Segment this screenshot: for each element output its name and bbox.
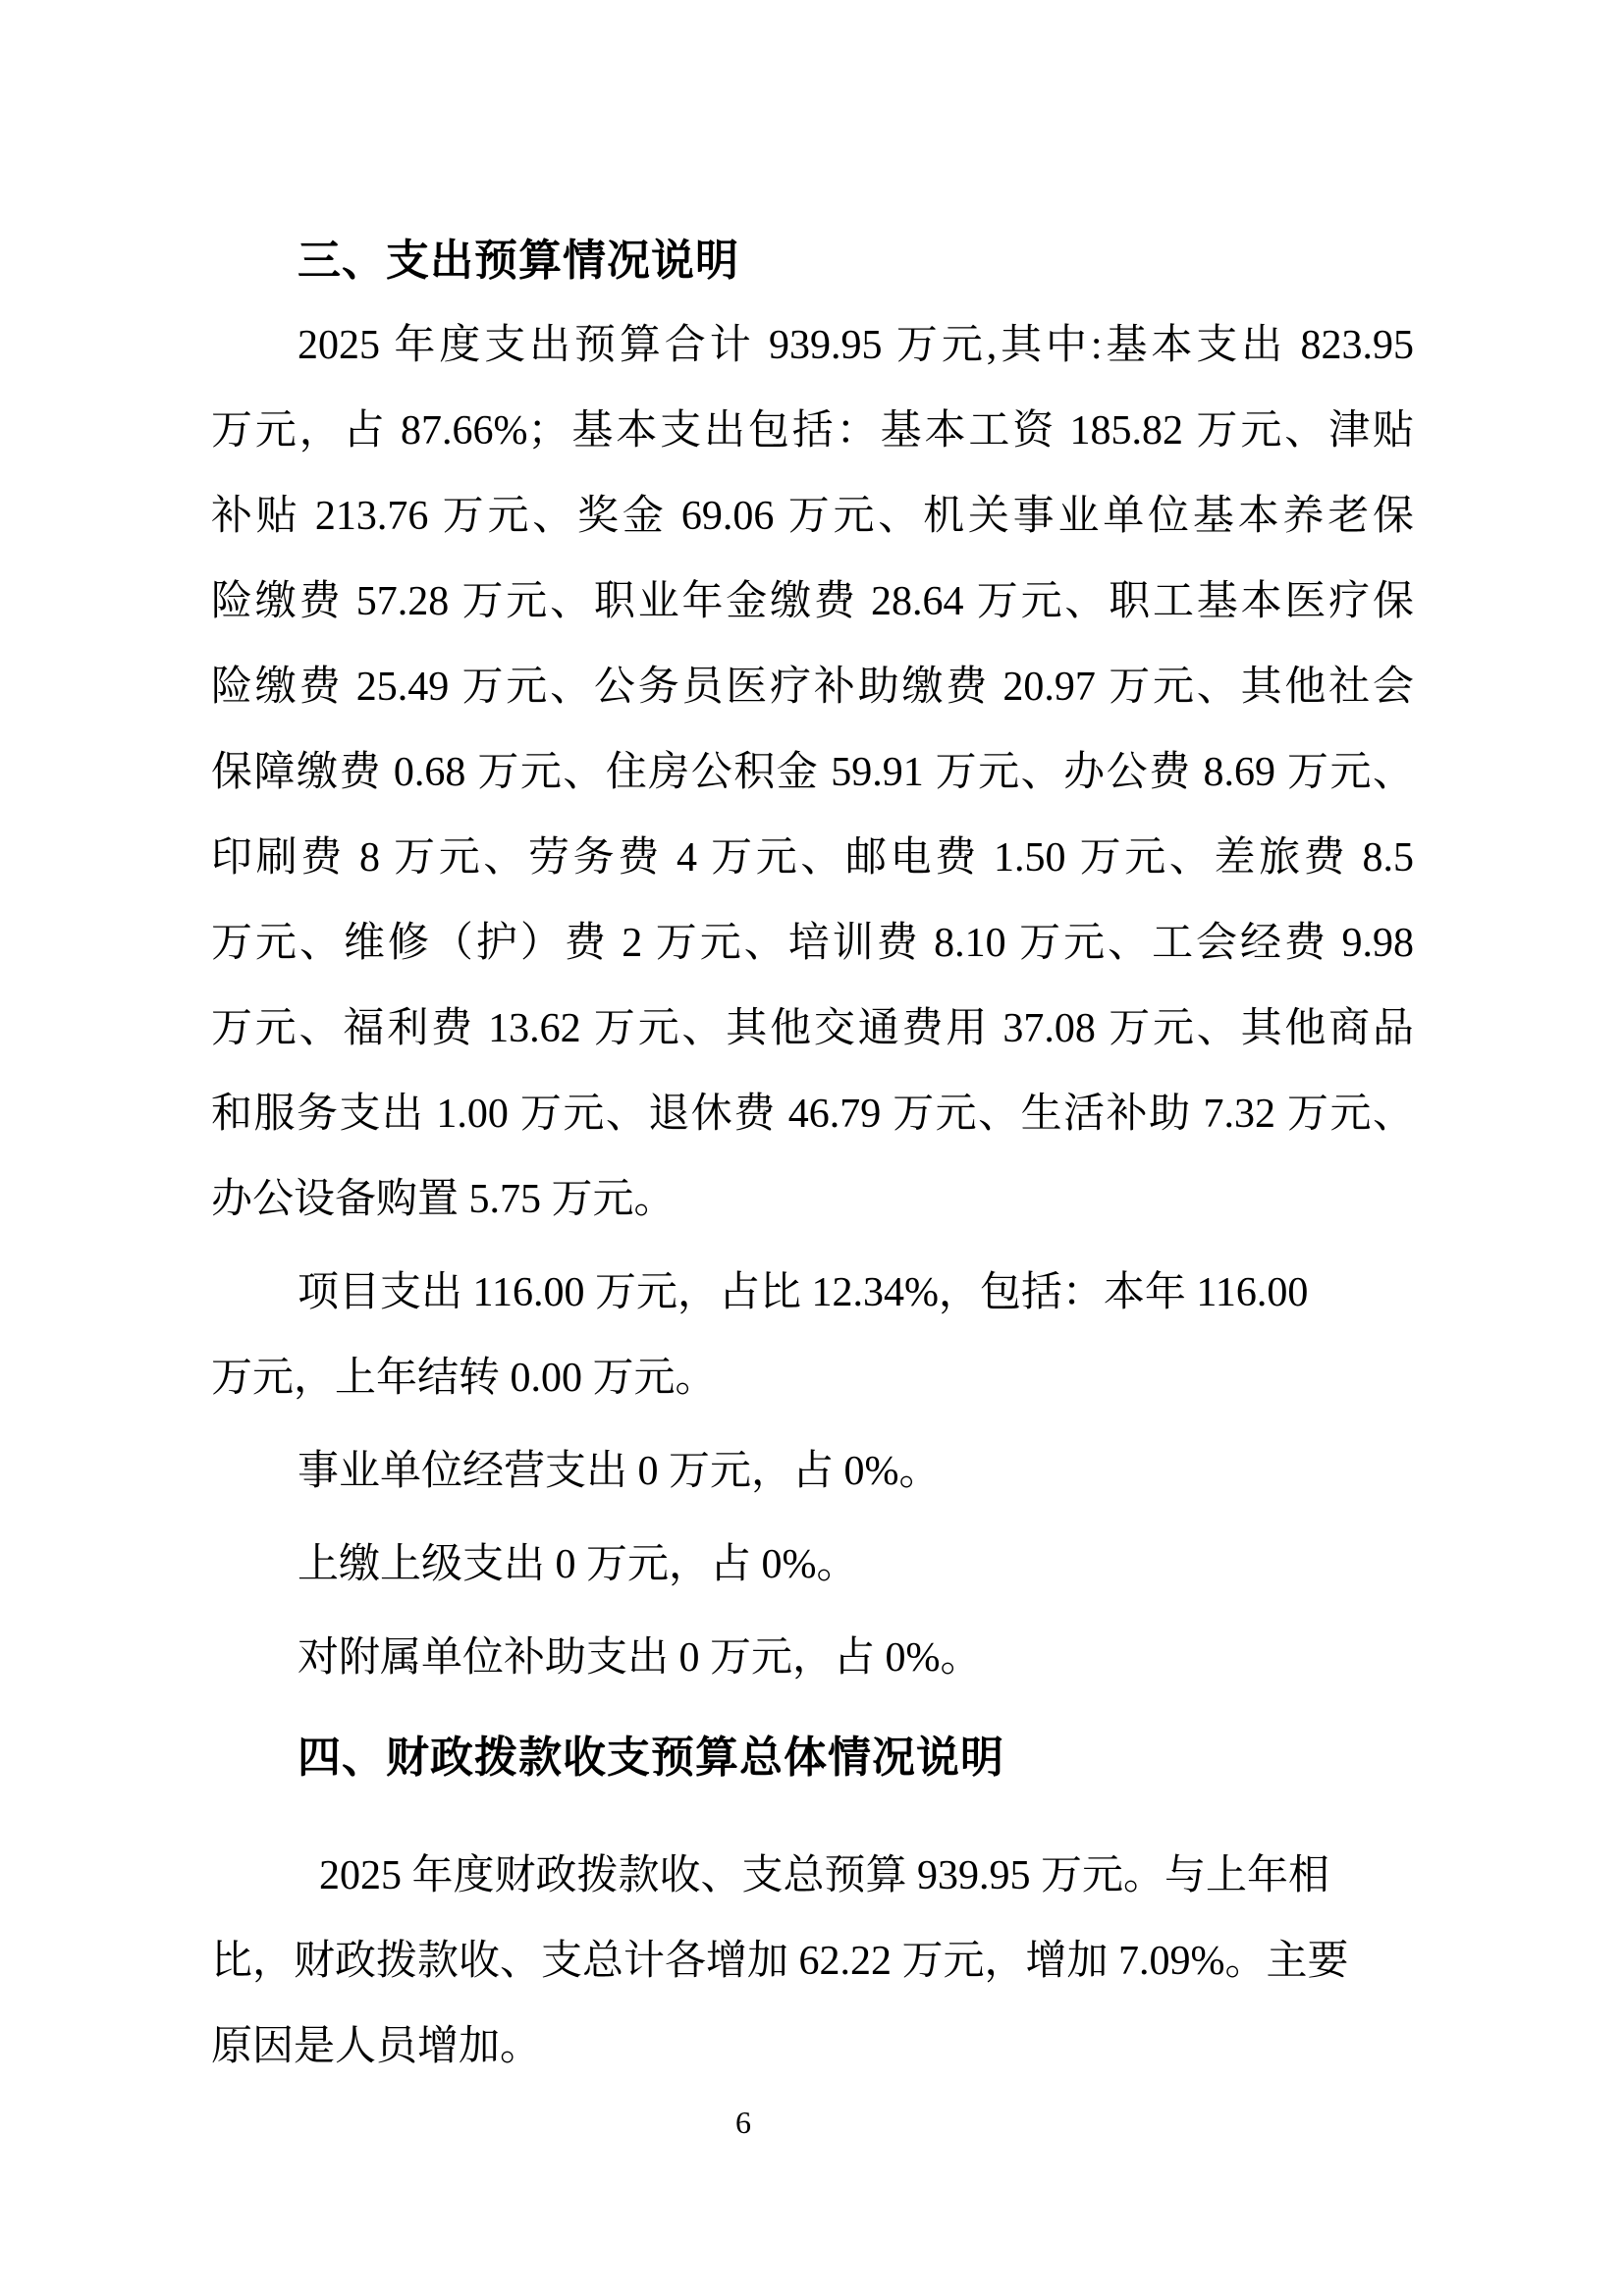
text-line: 万元、维修（护）费 2 万元、培训费 8.10 万元、工会经费 9.98 <box>211 901 1414 987</box>
text-line: 万元，占 87.66%；基本支出包括：基本工资 185.82 万元、津贴 <box>211 389 1414 474</box>
section3-heading: 三、支出预算情况说明 <box>211 218 1414 303</box>
text-line: 上缴上级支出 0 万元，占 0%。 <box>211 1522 1414 1608</box>
text-line: 原因是人员增加。 <box>211 2004 1414 2090</box>
section4-heading: 四、财政拨款收支预算总体情况说明 <box>211 1715 1414 1800</box>
page-number: 6 <box>735 2103 751 2142</box>
text-line: 和服务支出 1.00 万元、退休费 46.79 万元、生活补助 7.32 万元、 <box>211 1072 1414 1157</box>
text-line: 2025 年度支出预算合计 939.95 万元,其中:基本支出 823.95 <box>211 303 1414 389</box>
text-line: 补贴 213.76 万元、奖金 69.06 万元、机关事业单位基本养老保 <box>211 474 1414 560</box>
text-line: 印刷费 8 万元、劳务费 4 万元、邮电费 1.50 万元、差旅费 8.5 <box>211 816 1414 901</box>
document-page: 三、支出预算情况说明 2025 年度支出预算合计 939.95 万元,其中:基本… <box>0 0 1624 2296</box>
text-line: 项目支出 116.00 万元，占比 12.34%，包括：本年 116.00 <box>211 1251 1414 1336</box>
section3-paragraph-subsidiary-expense: 对附属单位补助支出 0 万元，占 0%。 <box>211 1616 1414 1701</box>
text-line: 万元、福利费 13.62 万元、其他交通费用 37.08 万元、其他商品 <box>211 987 1414 1072</box>
text-line: 保障缴费 0.68 万元、住房公积金 59.91 万元、办公费 8.69 万元、 <box>211 730 1414 816</box>
section3-paragraph-basic-expense: 2025 年度支出预算合计 939.95 万元,其中:基本支出 823.95 万… <box>211 303 1414 1243</box>
text-line: 险缴费 57.28 万元、职业年金缴费 28.64 万元、职工基本医疗保 <box>211 560 1414 645</box>
section3-paragraph-project-expense: 项目支出 116.00 万元，占比 12.34%，包括：本年 116.00 万元… <box>211 1251 1414 1421</box>
text-line: 险缴费 25.49 万元、公务员医疗补助缴费 20.97 万元、其他社会 <box>211 645 1414 730</box>
text-line: 事业单位经营支出 0 万元，占 0%。 <box>211 1429 1414 1515</box>
section4-paragraph-fiscal-appropriation: 2025 年度财政拨款收、支总预算 939.95 万元。与上年相 比，财政拨款收… <box>211 1834 1414 2090</box>
text-line: 办公设备购置 5.75 万元。 <box>211 1157 1414 1243</box>
section3-paragraph-operating-expense: 事业单位经营支出 0 万元，占 0%。 <box>211 1429 1414 1515</box>
section3-paragraph-upper-level-expense: 上缴上级支出 0 万元，占 0%。 <box>211 1522 1414 1608</box>
text-line: 比，财政拨款收、支总计各增加 62.22 万元，增加 7.09%。主要 <box>211 1919 1414 2004</box>
text-line: 2025 年度财政拨款收、支总预算 939.95 万元。与上年相 <box>211 1834 1414 1919</box>
text-line: 万元，上年结转 0.00 万元。 <box>211 1336 1414 1421</box>
text-line: 对附属单位补助支出 0 万元，占 0%。 <box>211 1616 1414 1701</box>
